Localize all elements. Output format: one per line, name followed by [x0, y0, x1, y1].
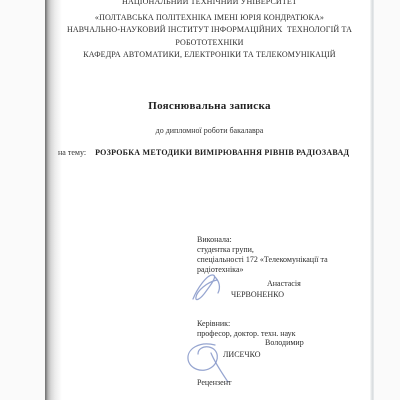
supervisor-last-name: ЛИСЕЧКО [223, 350, 261, 359]
executor-specialty-line1: спеціальності 172 «Телекомунікації та [197, 255, 373, 265]
document-page: НАЦІОНАЛЬНИЙ ТЕХНІЧНИЙ УНІВЕРСИТЕТ «ПОЛТ… [45, 0, 374, 400]
department-name: КАФЕДРА АВТОМАТИКИ, ЕЛЕКТРОНІКИ ТА ТЕЛЕК… [53, 49, 366, 62]
university-name-line2: «ПОЛТАВСЬКА ПОЛІТЕХНІКА ІМЕНІ ЮРІЯ КОНДР… [53, 12, 366, 25]
supervisor-label: Керівник: [197, 319, 373, 329]
institute-name-line2: РОБОТОТЕХНІКИ [53, 37, 366, 50]
executor-last-name: ЧЕРВОНЕНКО [231, 290, 284, 299]
university-name-line1: НАЦІОНАЛЬНИЙ ТЕХНІЧНИЙ УНІВЕРСИТЕТ [53, 0, 366, 9]
supervisor-signature-icon [181, 339, 245, 383]
institute-name-line1: НАВЧАЛЬНО-НАУКОВИЙ ІНСТИТУТ ІНФОРМАЦІЙНИ… [53, 24, 366, 37]
reviewer-label: Рецензент [197, 378, 232, 387]
topic-title: РОЗРОБКА МЕТОДИКИ ВИМІРЮВАННЯ РІВНІВ РАД… [95, 148, 349, 157]
executor-label: Виконала: [197, 235, 373, 245]
executor-block: Виконала: студентка групи, спеціальності… [197, 235, 373, 275]
university-header: НАЦІОНАЛЬНИЙ ТЕХНІЧНИЙ УНІВЕРСИТЕТ «ПОЛТ… [53, 0, 366, 62]
topic-label: на тему: [58, 148, 86, 157]
executor-group-line: студентка групи, [197, 245, 373, 255]
scan-background: НАЦІОНАЛЬНИЙ ТЕХНІЧНИЙ УНІВЕРСИТЕТ «ПОЛТ… [0, 0, 400, 400]
supervisor-first-name: Володимир [265, 338, 304, 347]
executor-first-name: Анастасія [267, 279, 301, 288]
topic-line: на тему:РОЗРОБКА МЕТОДИКИ ВИМІРЮВАННЯ РІ… [58, 148, 370, 157]
supervisor-block: Керівник: професор, доктор. техн. наук [197, 319, 373, 339]
document-title: Пояснювальна записка [45, 100, 374, 112]
page-right-edge [370, 0, 374, 400]
executor-signature-icon [186, 270, 238, 306]
document-subtitle: до дипломної роботи бакалавра [45, 126, 374, 135]
